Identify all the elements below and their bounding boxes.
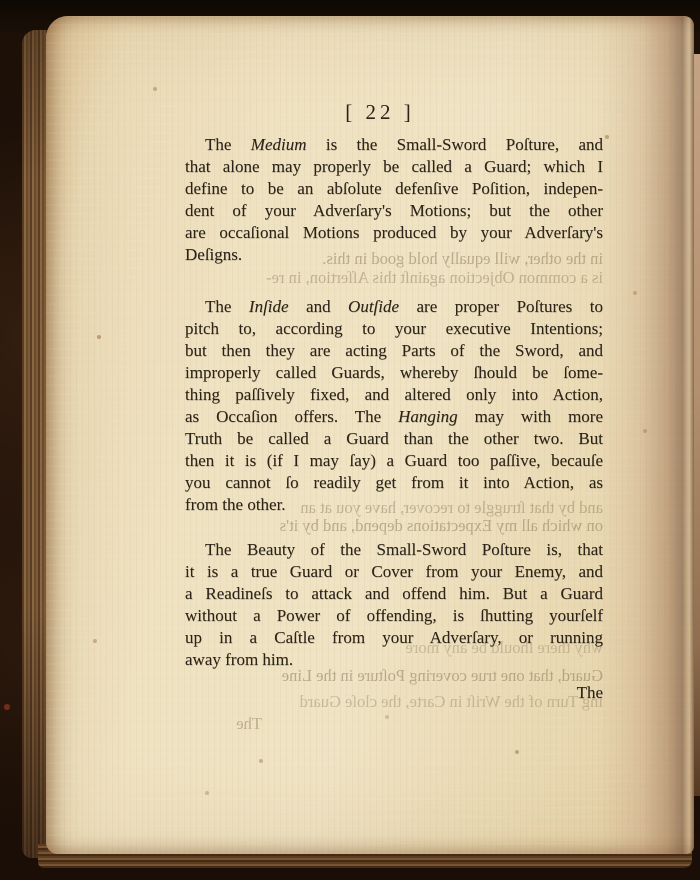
foxing-speckles	[46, 16, 48, 18]
bleed-through-catchword: The	[222, 714, 262, 734]
paragraph-beauty: The Beauty of the Small-Sword Poſture is…	[185, 539, 603, 671]
text-line: The Medium is the Small-Sword Poſture, a…	[185, 134, 603, 156]
facing-page-edge	[693, 54, 700, 796]
bleed-through-line: is a common Objection againſt this Aſſer…	[185, 268, 603, 288]
roman-text: may with more	[458, 407, 603, 426]
roman-text: define to be an abſolute defenſive Poſit…	[185, 179, 603, 198]
roman-text: you cannot ſo readily get from it into A…	[185, 473, 603, 492]
italic-text: Hanging	[398, 407, 458, 426]
roman-text: and	[289, 297, 348, 316]
roman-text: up in a Caſtle from your Adverſary, or r…	[185, 628, 603, 647]
roman-text: then it is (if I may ſay) a Guard too pa…	[185, 451, 603, 470]
text-line: as Occaſion offers. The Hanging may with…	[185, 406, 603, 428]
roman-text: Deſigns.	[185, 245, 242, 264]
text-line: a Readineſs to attack and offend him. Bu…	[185, 583, 603, 605]
roman-text: dent of your Adverſary's Motions; but th…	[185, 201, 603, 220]
text-line: but then they are acting Parts of the Sw…	[185, 340, 603, 362]
roman-text: it is a true Guard or Cover from your En…	[185, 562, 603, 581]
text-line: it is a true Guard or Cover from your En…	[185, 561, 603, 583]
roman-text: thing paſſively fixed, and altered only …	[185, 385, 603, 404]
text-line: improperly called Guards, whereby ſhould…	[185, 362, 603, 384]
roman-text: without a Power of offending, is ſhuttin…	[185, 606, 603, 625]
text-line: The Inſide and Outſide are proper Poſtur…	[185, 296, 603, 318]
page-number-header: [ 22 ]	[185, 100, 575, 126]
roman-text: a Readineſs to attack and offend him. Bu…	[185, 584, 603, 603]
roman-text: but then they are acting Parts of the Sw…	[185, 341, 603, 360]
roman-text: pitch to, according to your executive In…	[185, 319, 603, 338]
text-line: define to be an abſolute defenſive Poſit…	[185, 178, 603, 200]
text-line: thing paſſively fixed, and altered only …	[185, 384, 603, 406]
roman-text: is the Small-Sword Poſture, and	[307, 135, 604, 154]
text-line: you cannot ſo readily get from it into A…	[185, 472, 603, 494]
text-line: without a Power of offending, is ſhuttin…	[185, 605, 603, 627]
text-line: The Beauty of the Small-Sword Poſture is…	[185, 539, 603, 561]
text-line: Deſigns.	[185, 244, 603, 266]
text-line: Truth be called a Guard than the other t…	[185, 428, 603, 450]
paragraph-medium: The Medium is the Small-Sword Poſture, a…	[185, 134, 603, 266]
roman-text: as Occaſion offers. The	[185, 407, 398, 426]
text-line: are occaſional Motions produced by your …	[185, 222, 603, 244]
italic-text: Medium	[251, 135, 307, 154]
text-line: from the other.	[185, 494, 603, 516]
book-scan-photo: [ 22 ] The Medium is the Small-Sword Poſ…	[0, 0, 700, 880]
roman-text: that alone may properly be called a Guar…	[185, 157, 603, 176]
paragraph-inside-outside: The Inſide and Outſide are proper Poſtur…	[185, 296, 603, 516]
book-page: [ 22 ] The Medium is the Small-Sword Poſ…	[46, 16, 694, 854]
text-line: up in a Caſtle from your Adverſary, or r…	[185, 627, 603, 649]
bleed-through-line: on which all my Expectations depend, and…	[185, 516, 603, 536]
italic-text: Inſide	[249, 297, 289, 316]
text-line: then it is (if I may ſay) a Guard too pa…	[185, 450, 603, 472]
text-line: dent of your Adverſary's Motions; but th…	[185, 200, 603, 222]
gutter-shadow	[598, 16, 694, 854]
roman-text: improperly called Guards, whereby ſhould…	[185, 363, 603, 382]
roman-text: The	[205, 135, 251, 154]
roman-text: away from him.	[185, 650, 293, 669]
roman-text: are proper Poſtures to	[399, 297, 603, 316]
text-line: pitch to, according to your executive In…	[185, 318, 603, 340]
italic-text: Outſide	[348, 297, 399, 316]
roman-text: are occaſional Motions produced by your …	[185, 223, 603, 242]
roman-text: The Beauty of the Small-Sword Poſture is…	[205, 540, 603, 559]
roman-text: from the other.	[185, 495, 286, 514]
roman-text: The	[205, 297, 249, 316]
text-line: that alone may properly be called a Guar…	[185, 156, 603, 178]
catchword: The	[185, 682, 603, 704]
text-line: away from him.	[185, 649, 603, 671]
roman-text: Truth be called a Guard than the other t…	[185, 429, 603, 448]
